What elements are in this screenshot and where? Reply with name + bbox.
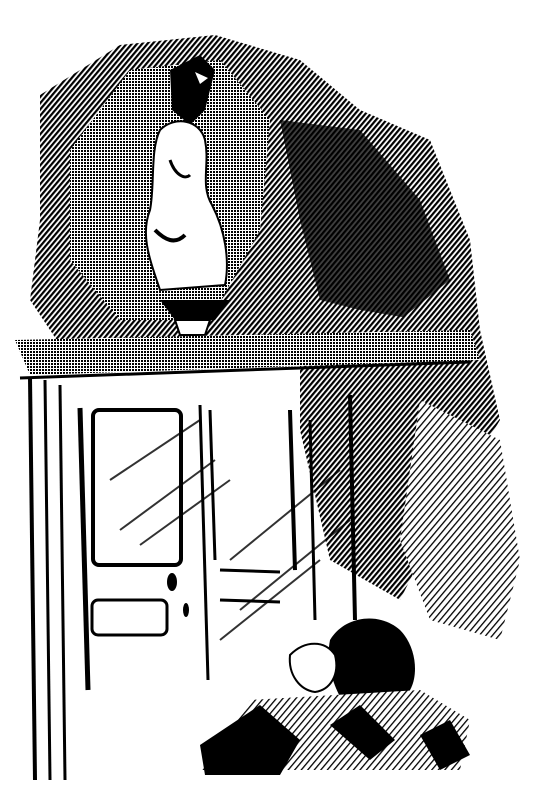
illustration: [0, 0, 540, 800]
